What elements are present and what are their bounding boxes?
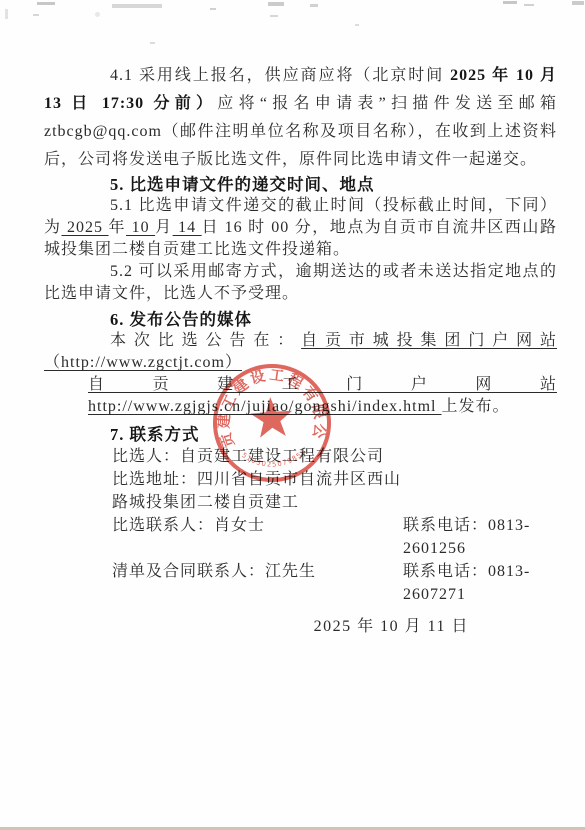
scanned-document-page: 4.1 采用线上报名，供应商应将（北京时间 2025 年 10 月 13 日 1… xyxy=(0,0,585,830)
paragraph-4-1: 4.1 采用线上报名，供应商应将（北京时间 2025 年 10 月 13 日 1… xyxy=(44,62,557,174)
contact-person-2: 清单及合同联系人：江先生 xyxy=(112,560,403,606)
paragraph-4-1-lead: 4.1 采用线上报名，供应商应将（北京时间 xyxy=(110,67,450,84)
deadline-year-underlined: 2025 xyxy=(62,219,109,236)
section-6-heading: 6. 发布公告的媒体 xyxy=(110,309,557,330)
document-body: 4.1 采用线上报名，供应商应将（北京时间 2025 年 10 月 13 日 1… xyxy=(0,0,585,638)
contact-row-2: 清单及合同联系人：江先生联系电话：0813-2607271 xyxy=(112,560,557,606)
section-5-heading: 5. 比选申请文件的递交时间、地点 xyxy=(110,174,557,195)
announcement-line-1: 本次比选公告在：自贡市城投集团门户网站（http://www.zgctjt.co… xyxy=(44,330,557,374)
deadline-month-underlined: 10 xyxy=(126,219,155,236)
announcement-line-2: 自贡建工门户网站 http://www.zgjgjs.cn/jujiao/gon… xyxy=(88,374,557,418)
contact-phone-1: 联系电话：0813-2601256 xyxy=(403,514,557,560)
paragraph-5-1: 5.1 比选申请文件递交的截止时间（投标截止时间，下同）为 2025 年 10 … xyxy=(44,195,557,261)
paragraph-5-2: 5.2 可以采用邮寄方式，逾期送达的或者未送达指定地点的比选申请文件，比选人不予… xyxy=(44,261,557,305)
selector-address: 比选地址：四川省自贡市自流井区西山路城投集团二楼自贡建工 xyxy=(112,468,403,514)
contact-phone-2: 联系电话：0813-2607271 xyxy=(403,560,557,606)
month-label: 月 xyxy=(155,219,173,236)
paragraph-6: 本次比选公告在：自贡市城投集团门户网站（http://www.zgctjt.co… xyxy=(44,330,557,418)
contact-row-person: 比选人：自贡建工建设工程有限公司 xyxy=(112,445,557,468)
selector-name: 比选人：自贡建工建设工程有限公司 xyxy=(112,445,403,468)
section-7-heading: 7. 联系方式 xyxy=(110,424,557,445)
contact-person-1: 比选联系人：肖女士 xyxy=(112,514,403,560)
year-label: 年 xyxy=(109,219,127,236)
announcement-lead: 本次比选公告在： xyxy=(110,332,301,349)
document-date: 2025 年 10 月 11 日 xyxy=(44,616,557,638)
deadline-day-underlined: 14 xyxy=(173,219,202,236)
contact-row-1: 比选联系人：肖女士联系电话：0813-2601256 xyxy=(112,514,557,560)
contact-block: 比选人：自贡建工建设工程有限公司 比选地址：四川省自贡市自流井区西山路城投集团二… xyxy=(44,445,557,606)
announcement-tail: 上发布。 xyxy=(442,398,510,415)
contact-row-address: 比选地址：四川省自贡市自流井区西山路城投集团二楼自贡建工 xyxy=(112,468,557,514)
